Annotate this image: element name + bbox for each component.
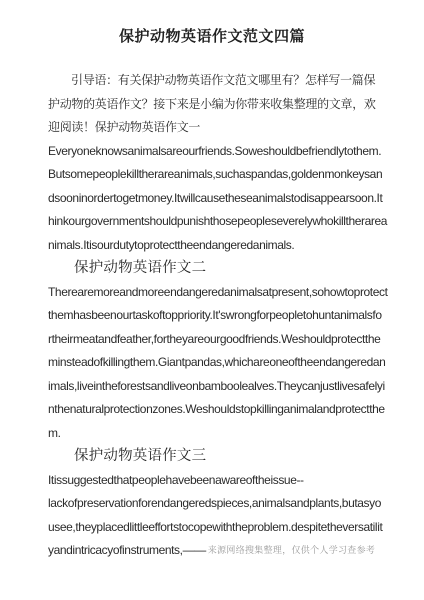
essay2-text-line: minsteadofkillingthem.Giantpandas,whicha…: [48, 351, 376, 375]
essay3-text-fragment: yandintricacyofinstruments,——: [48, 543, 206, 557]
essay2-text-line: imals,liveintheforestsandliveonbamboolea…: [48, 375, 376, 399]
document-page: 保护动物英语作文范文四篇 引导语：有关保护动物英语作文范文哪里有？怎样写一篇保 …: [0, 0, 424, 600]
source-footer-note: 来源网络搜集整理，仅供个人学习查参考: [208, 545, 375, 555]
essay3-text-line: usee,theyplacedlittleeffortstocopewithth…: [48, 516, 376, 540]
document-body: 保护动物英语作文范文四篇 引导语：有关保护动物英语作文范文哪里有？怎样写一篇保 …: [0, 0, 424, 563]
intro-line-with-essay1-heading: 迎阅读！保护动物英语作文一: [48, 116, 376, 140]
essay1-text-line: Butsomepeoplekilltherareanimals,suchaspa…: [48, 163, 376, 187]
page-title: 保护动物英语作文范文四篇: [48, 26, 376, 48]
essay2-heading: 保护动物英语作文二: [48, 257, 376, 281]
essay2-text-line: rtheirmeatandfeather,fortheyareourgoodfr…: [48, 328, 376, 352]
essay1-text-line: Everyoneknowsanimalsareourfriends.Sowesh…: [48, 140, 376, 164]
essay2-text-line: m.: [48, 422, 376, 446]
essay1-text-line: nimals.Itisourdutytoprotecttheendangered…: [48, 234, 376, 258]
essay3-last-line: yandintricacyofinstruments,——来源网络搜集整理，仅供…: [48, 539, 376, 563]
essay1-text-line: hinkourgovernmentshouldpunishthosepeople…: [48, 210, 376, 234]
essay3-text-line: Itissuggestedthatpeoplehavebeenawareofth…: [48, 469, 376, 493]
essay2-text-line: themhasbeenourtaskoftoppriority.It'swron…: [48, 304, 376, 328]
essay2-text-line: Therearemoreandmoreendangeredanimalsatpr…: [48, 281, 376, 305]
intro-line: 护动物的英语作文？接下来是小编为你带来收集整理的文章，欢: [48, 93, 376, 117]
essay2-text-line: nthenaturalprotectionzones.Weshouldstopk…: [48, 398, 376, 422]
intro-line: 引导语：有关保护动物英语作文范文哪里有？怎样写一篇保: [48, 69, 376, 93]
essay1-text-line: dsooninordertogetmoney.Itwillcausethesea…: [48, 187, 376, 211]
essay3-text-line: lackofpreservationforendangeredspieces,a…: [48, 492, 376, 516]
essay3-heading: 保护动物英语作文三: [48, 445, 376, 469]
